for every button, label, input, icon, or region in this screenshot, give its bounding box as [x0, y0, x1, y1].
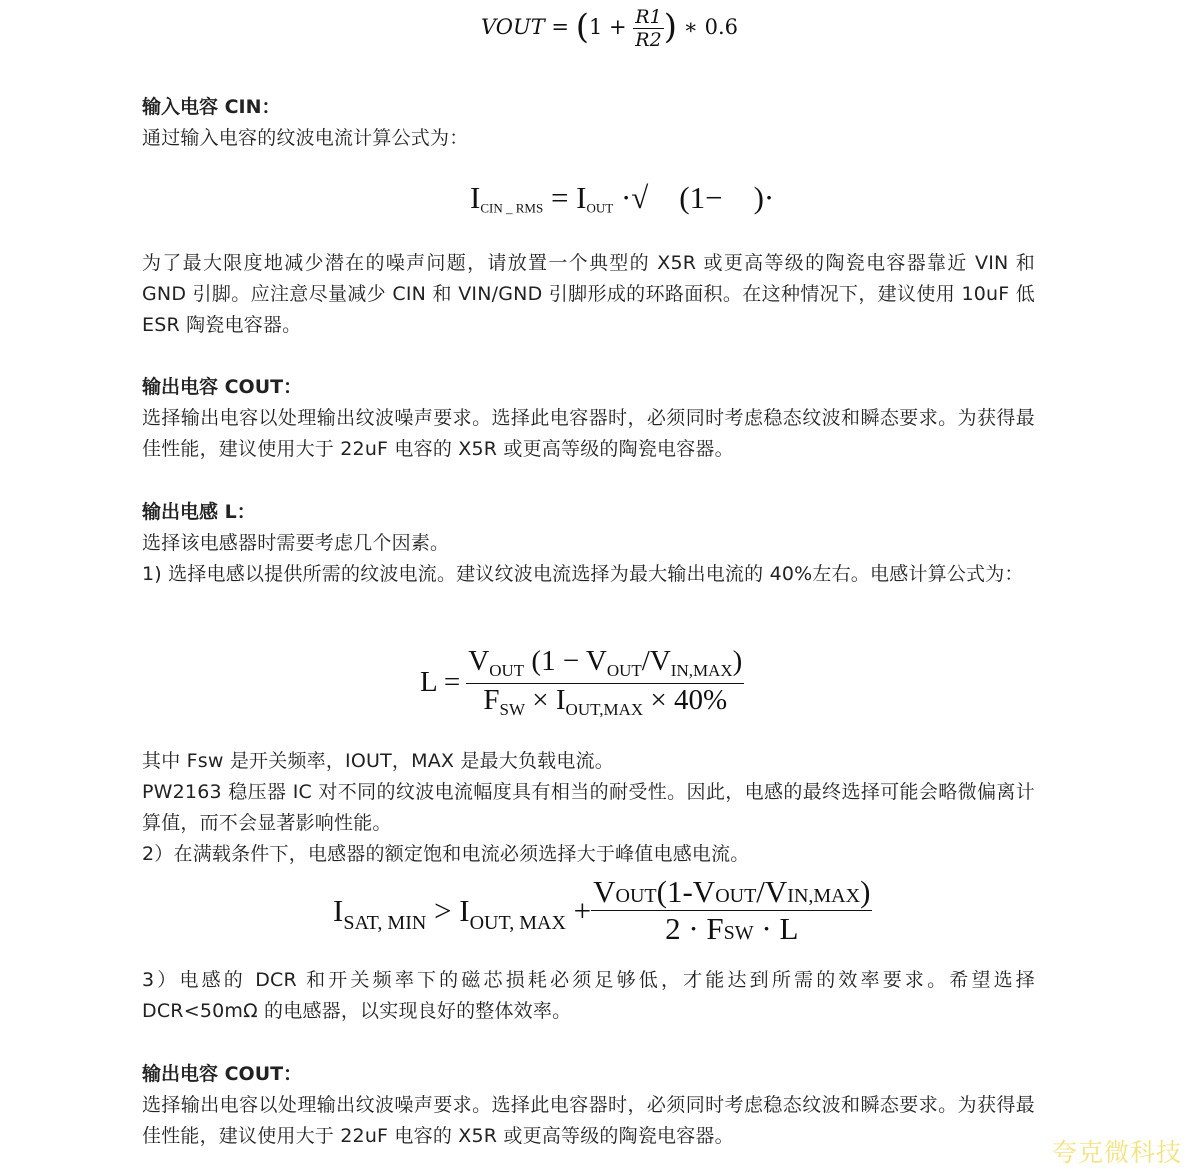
formula-text: 2 · F — [665, 911, 724, 946]
formula-text: ∗ 0.6 — [684, 15, 738, 39]
formula-subscript: OUT,MAX — [566, 700, 644, 719]
paragraph: 选择该电感器时需要考虑几个因素。 — [142, 528, 1035, 559]
formula-subscript: OUT — [616, 885, 657, 907]
formula-text: VOUT — [481, 15, 545, 39]
list-item-1: 1) 选择电感以提供所需的纹波电流。建议纹波电流选择为最大输出电流的 40%左右… — [142, 559, 1035, 590]
denominator: R2 — [633, 29, 663, 51]
formula-text: (1 − V — [524, 645, 607, 677]
formula-subscript: OUT — [489, 661, 524, 680]
formula-text: V — [468, 645, 489, 677]
formula-text: I — [333, 893, 343, 929]
paragraph: PW2163 稳压器 IC 对不同的纹波电流幅度具有相当的耐受性。因此，电感的最… — [142, 777, 1035, 839]
section-output-inductor-notes: 其中 Fsw 是开关频率，IOUT，MAX 是最大负载电流。 PW2163 稳压… — [142, 746, 1035, 870]
formula-subscript: SAT, MIN — [343, 912, 426, 935]
formula-text: · L — [754, 911, 799, 946]
section-output-capacitor-repeat: 输出电容 COUT： 选择输出电容以处理输出纹波噪声要求。选择此电容器时，必须同… — [142, 1059, 1035, 1152]
paragraph: 通过输入电容的纹波电流计算公式为： — [142, 123, 1035, 154]
formula-text: × I — [525, 684, 566, 716]
section-output-inductor-item3: 3）电感的 DCR 和开关频率下的磁芯损耗必须足够低，才能达到所需的效率要求。希… — [142, 965, 1035, 1027]
section-output-inductor: 输出电感 L： 选择该电感器时需要考虑几个因素。 1) 选择电感以提供所需的纹波… — [142, 497, 1035, 590]
formula-subscript: SW — [724, 922, 754, 944]
formula-text: L = — [420, 666, 460, 699]
formula-isat: ISAT, MIN > IOUT, MAX + VOUT(1-VOUT/VIN,… — [333, 874, 872, 947]
fraction: VOUT (1 − VOUT/VIN,MAX) FSW × IOUT,MAX ×… — [466, 645, 744, 720]
formula-subscript: OUT — [587, 201, 614, 216]
formula-subscript: OUT — [607, 661, 642, 680]
formula-text: ) — [733, 645, 743, 677]
formula-text: ) — [860, 874, 870, 909]
formula-text: > I — [426, 893, 469, 929]
formula-text: /V — [642, 645, 671, 677]
formula-text: /V — [756, 874, 787, 909]
formula-text: + — [566, 893, 591, 929]
formula-text: 1 + — [589, 15, 627, 39]
paragraph: 为了最大限度地减少潜在的噪声问题，请放置一个典型的 X5R 或更高等级的陶瓷电容… — [142, 248, 1035, 341]
formula-text: F — [483, 684, 499, 716]
section-title: 输出电容 COUT： — [142, 372, 1035, 403]
watermark: 夸克微科技 — [1052, 1133, 1182, 1169]
formula-text: = — [551, 180, 568, 215]
section-title: 输出电容 COUT： — [142, 1059, 1035, 1090]
numerator: R1 — [633, 6, 663, 29]
section-title: 输出电感 L： — [142, 497, 1035, 528]
denominator: 2 · FSW · L — [663, 911, 800, 947]
formula-text: = — [551, 15, 569, 39]
formula-paren: ) — [664, 7, 677, 47]
numerator: VOUT(1-VOUT/VIN,MAX) — [591, 874, 872, 911]
formula-text: ·√ (1− )· — [621, 180, 774, 215]
list-item-3: 3）电感的 DCR 和开关频率下的磁芯损耗必须足够低，才能达到所需的效率要求。希… — [142, 965, 1035, 1027]
section-output-capacitor: 输出电容 COUT： 选择输出电容以处理输出纹波噪声要求。选择此电容器时，必须同… — [142, 372, 1035, 465]
section-title: 输入电容 CIN： — [142, 92, 1035, 123]
numerator: VOUT (1 − VOUT/VIN,MAX) — [466, 645, 744, 684]
section-input-capacitor-body: 为了最大限度地减少潜在的噪声问题，请放置一个典型的 X5R 或更高等级的陶瓷电容… — [142, 248, 1035, 341]
formula-text: (1-V — [657, 874, 716, 909]
formula-paren: ( — [576, 7, 589, 47]
formula-vout: VOUT = (1 + R1 R2 ) ∗ 0.6 — [481, 6, 738, 51]
formula-text: I — [576, 180, 586, 215]
formula-subscript: SW — [500, 700, 526, 719]
formula-inductance: L = VOUT (1 − VOUT/VIN,MAX) FSW × IOUT,M… — [420, 645, 744, 720]
paragraph: 其中 Fsw 是开关频率，IOUT，MAX 是最大负载电流。 — [142, 746, 1035, 777]
formula-subscript: IN,MAX — [671, 661, 733, 680]
formula-subscript: IN,MAX — [787, 885, 860, 907]
paragraph: 选择输出电容以处理输出纹波噪声要求。选择此电容器时，必须同时考虑稳态纹波和瞬态要… — [142, 403, 1035, 465]
formula-subscript: OUT — [715, 885, 756, 907]
denominator: FSW × IOUT,MAX × 40% — [481, 684, 729, 720]
formula-text: V — [593, 874, 615, 909]
fraction: R1 R2 — [633, 6, 663, 51]
section-input-capacitor: 输入电容 CIN： 通过输入电容的纹波电流计算公式为： — [142, 92, 1035, 154]
paragraph: 选择输出电容以处理输出纹波噪声要求。选择此电容器时，必须同时考虑稳态纹波和瞬态要… — [142, 1090, 1035, 1152]
formula-subscript: CIN _ RMS — [480, 201, 543, 216]
formula-subscript: OUT, MAX — [470, 912, 566, 935]
fraction: VOUT(1-VOUT/VIN,MAX) 2 · FSW · L — [591, 874, 872, 947]
list-item-2: 2）在满载条件下，电感器的额定饱和电流必须选择大于峰值电感电流。 — [142, 839, 1035, 870]
formula-cin-rms: ICIN _ RMS = IOUT ·√ (1− )· — [470, 180, 774, 217]
formula-text: × 40% — [643, 684, 727, 716]
formula-text: I — [470, 180, 480, 215]
